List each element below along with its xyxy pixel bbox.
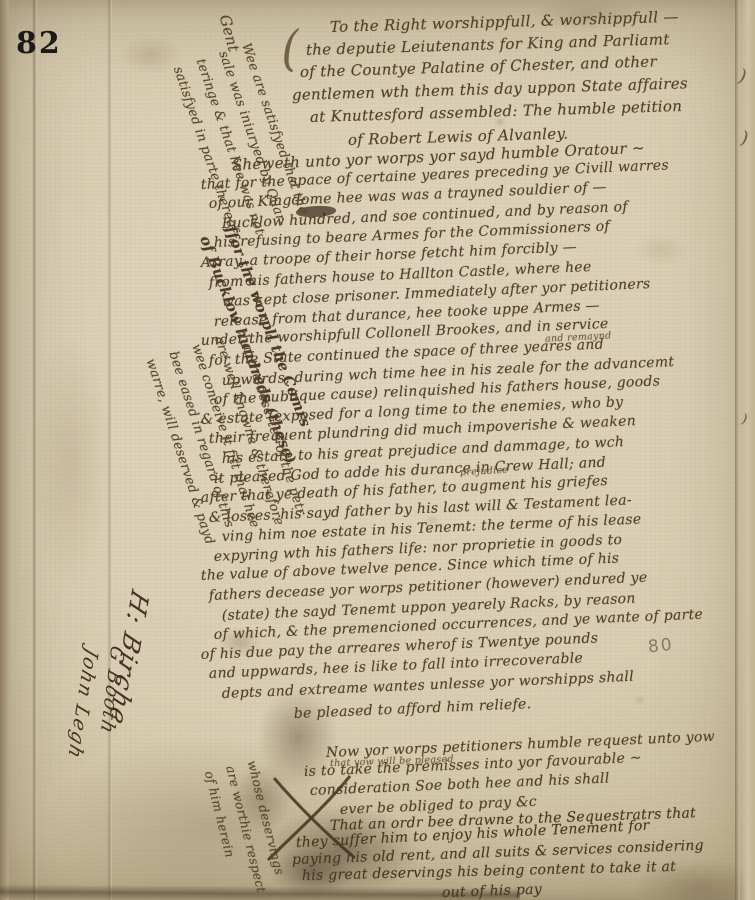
manuscript-page: 82 80 ( To the Right worshippfull, & wor… [0, 0, 755, 900]
opening-flourish: ( [280, 20, 300, 79]
fold-crease-inner [107, 0, 112, 900]
folio-number-stamp: 82 [16, 26, 62, 61]
docket-order: That an ordr bee drawne to the Sequestra… [292, 818, 704, 900]
petition-heading: To the Right worshippfull, & worshippful… [300, 16, 688, 151]
fold-crease-left [32, 0, 37, 900]
signature-legh: John Legh [64, 645, 102, 763]
binding-edge [0, 0, 10, 900]
